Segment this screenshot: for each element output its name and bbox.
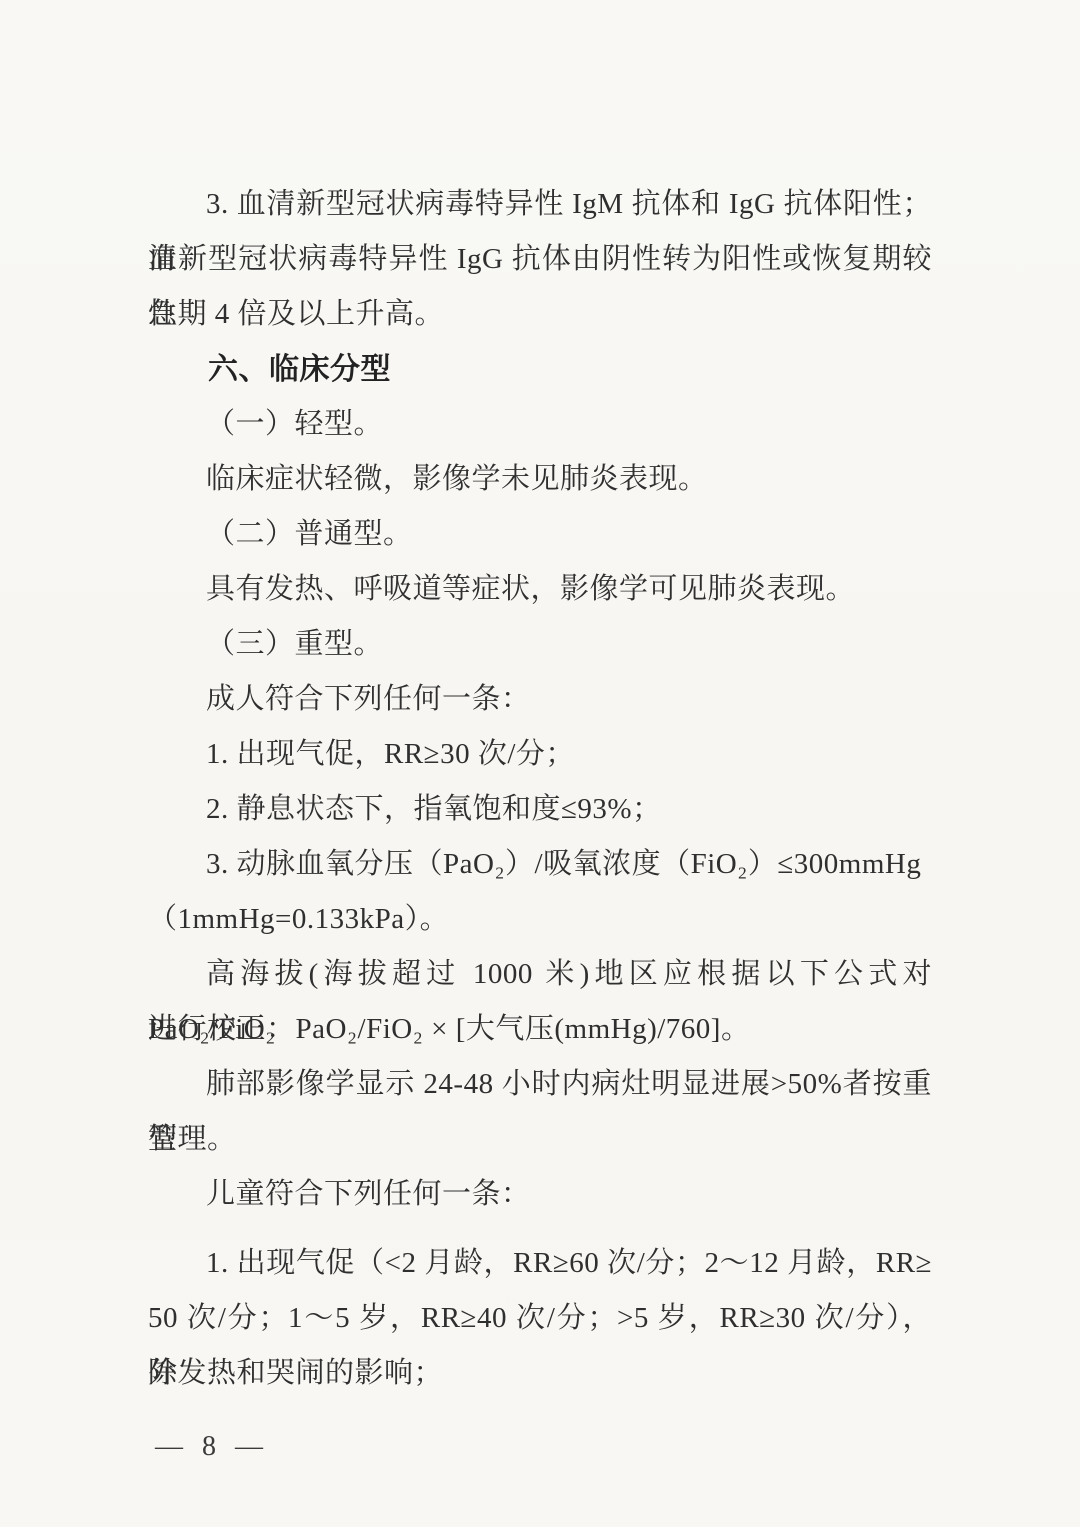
subsection-heading: （三）重型。 bbox=[148, 617, 932, 672]
list-item: 3. 动脉血氧分压（PaO₂）/吸氧浓度（FiO₂）≤300mmHg bbox=[148, 837, 932, 892]
document-body: 3. 血清新型冠状病毒特异性 IgM 抗体和 IgG 抗体阳性；血 清新型冠状病… bbox=[148, 177, 932, 1401]
text-line: 清新型冠状病毒特异性 IgG 抗体由阴性转为阳性或恢复期较急 bbox=[148, 232, 932, 287]
text-line: 性期 4 倍及以上升高。 bbox=[148, 287, 932, 342]
subsection-heading: （一）轻型。 bbox=[148, 397, 932, 452]
text-line: 进行校正：PaO₂/FiO₂ × [大气压(mmHg)/760]。 bbox=[148, 1002, 932, 1057]
list-item: 2. 静息状态下，指氧饱和度≤93%； bbox=[148, 782, 932, 837]
text-line: 3. 血清新型冠状病毒特异性 IgM 抗体和 IgG 抗体阳性；血 bbox=[148, 177, 932, 232]
subsection-heading: （二）普通型。 bbox=[148, 507, 932, 562]
section-heading: 六、临床分型 bbox=[148, 342, 932, 397]
list-item: 1. 出现气促（<2 月龄，RR≥60 次/分；2～12 月龄，RR≥ bbox=[148, 1236, 932, 1291]
text-line: 高海拔(海拔超过 1000 米)地区应根据以下公式对 PaO₂/FiO₂ bbox=[148, 947, 932, 1002]
text-line: 临床症状轻微，影像学未见肺炎表现。 bbox=[148, 452, 932, 507]
text-line: 肺部影像学显示 24-48 小时内病灶明显进展>50%者按重型 bbox=[148, 1057, 932, 1112]
text-line: 管理。 bbox=[148, 1112, 932, 1167]
text-line: 50 次/分；1～5 岁，RR≥40 次/分；>5 岁，RR≥30 次/分），除 bbox=[148, 1291, 932, 1346]
page-number: — 8 — bbox=[155, 1432, 269, 1462]
text-line: 具有发热、呼吸道等症状，影像学可见肺炎表现。 bbox=[148, 562, 932, 617]
list-item: 1. 出现气促，RR≥30 次/分； bbox=[148, 727, 932, 782]
document-page: 3. 血清新型冠状病毒特异性 IgM 抗体和 IgG 抗体阳性；血 清新型冠状病… bbox=[0, 0, 1080, 1527]
text-line: 成人符合下列任何一条： bbox=[148, 672, 932, 727]
text-line: （1mmHg=0.133kPa）。 bbox=[148, 892, 932, 947]
text-line: 儿童符合下列任何一条： bbox=[148, 1167, 932, 1222]
text-line: 外发热和哭闹的影响； bbox=[148, 1346, 932, 1401]
